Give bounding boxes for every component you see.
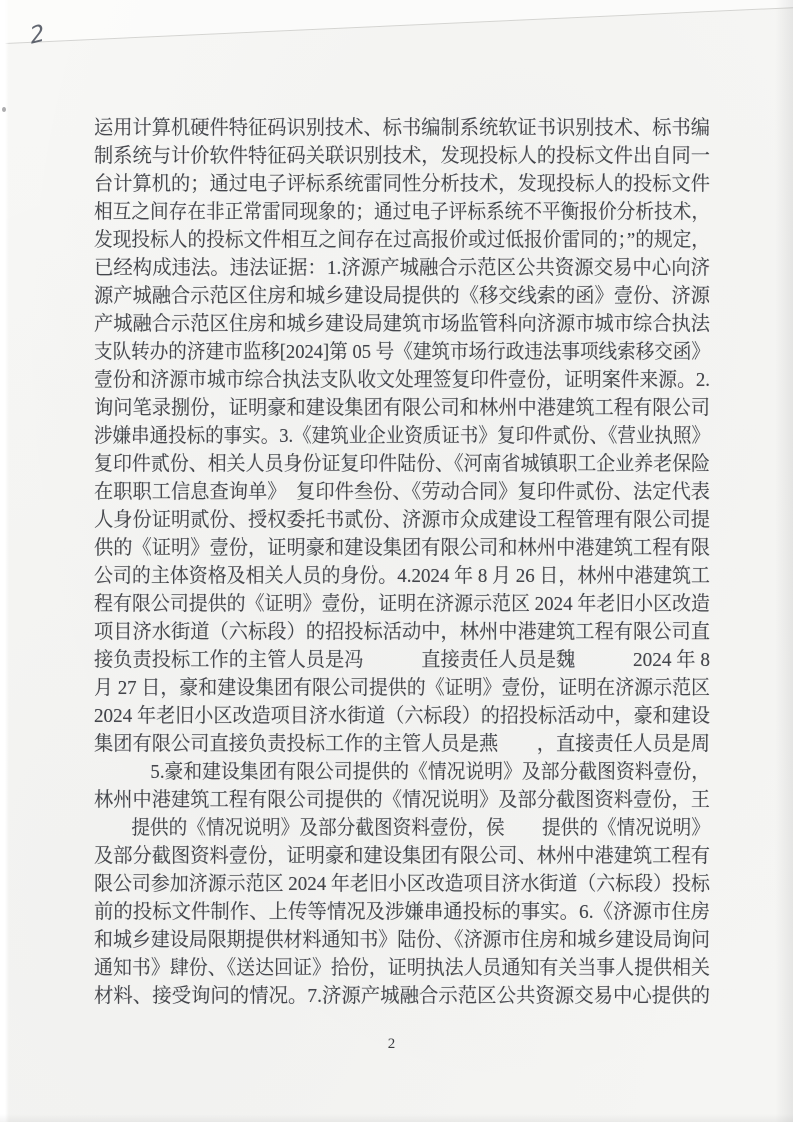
text-line: 制系统与计价软件特征码关联识别技术，发现投标人的投标文件出自同一: [94, 142, 710, 170]
page-number: 2: [0, 1036, 783, 1053]
text-line-content: 月 27 日，豪和建设集团有限公司提供的《证明》壹份，证明在济源示范区: [94, 674, 710, 702]
text-line-content: 台计算机的；通过电子评标系统雷同性分析技术，发现投标人的投标文件: [94, 170, 710, 198]
text-line: 项目济水街道（六标段）的招投标活动中，林州中港建筑工程有限公司直: [94, 618, 710, 646]
text-line-content: 源产城融合示范区住房和城乡建设局提供的《移交线索的函》壹份、济源: [94, 282, 710, 310]
text-line: 材料、接受询问的情况。7.济源产城融合示范区公共资源交易中心提供的: [94, 982, 710, 1010]
scan-bottom-shadow: [0, 1114, 793, 1122]
text-line-content: 壹份和济源市城市综合执法支队收文处理签复印件壹份，证明案件来源。2.: [94, 366, 710, 394]
text-line-content: 人身份证明贰份、授权委托书贰份、济源市众成建设工程管理有限公司提: [94, 506, 710, 534]
text-line: 2024 年老旧小区改造项目济水街道（六标段）的招投标活动中，豪和建设: [94, 702, 710, 730]
text-line: 林州中港建筑工程有限公司提供的《情况说明》及部分截图资料壹份，王: [94, 786, 710, 814]
text-line: 运用计算机硬件特征码识别技术、标书编制系统软证书识别技术、标书编: [94, 114, 710, 142]
scan-speck: [2, 107, 6, 112]
text-line: 复印件贰份、相关人员身份证复印件陆份、《河南省城镇职工企业养老保险: [94, 450, 710, 478]
text-line-content: 复印件贰份、相关人员身份证复印件陆份、《河南省城镇职工企业养老保险: [94, 450, 710, 478]
text-line-content: 支队转办的济建市监移[2024]第 05 号《建筑市场行政违法事项线索移交函》: [94, 338, 710, 366]
text-line: 限公司参加济源示范区 2024 年老旧小区改造项目济水街道（六标段）投标: [94, 870, 710, 898]
text-line-content: 相互之间存在非正常雷同现象的；通过电子评标系统不平衡报价分析技术，: [94, 198, 710, 226]
text-line-content: 限公司参加济源示范区 2024 年老旧小区改造项目济水街道（六标段）投标: [94, 870, 710, 898]
text-line: 相互之间存在非正常雷同现象的；通过电子评标系统不平衡报价分析技术，: [94, 198, 710, 226]
text-line-content: 制系统与计价软件特征码关联识别技术，发现投标人的投标文件出自同一: [94, 142, 710, 170]
text-line-content: 和城乡建设局限期提供材料通知书》陆份、《济源市住房和城乡建设局询问: [94, 926, 710, 954]
text-line: 发现投标人的投标文件相互之间存在过高报价或过低报价雷同的；”的规定，: [94, 226, 710, 254]
text-line: 提供的《情况说明》及部分截图资料壹份，侯 提供的《情况说明》: [94, 814, 710, 842]
text-line-content: 产城融合示范区住房和城乡建设局建筑市场监管科向济源市城市综合执法: [94, 310, 710, 338]
text-line-content: 项目济水街道（六标段）的招投标活动中，林州中港建筑工程有限公司直: [94, 618, 710, 646]
text-line-content: 程有限公司提供的《证明》壹份，证明在济源示范区 2024 年老旧小区改造: [94, 590, 710, 618]
text-line-content: 林州中港建筑工程有限公司提供的《情况说明》及部分截图资料壹份，王: [94, 786, 710, 814]
text-line: 接负责投标工作的主管人员是冯 直接责任人员是魏 2024 年 8: [94, 646, 710, 674]
text-line: 涉嫌串通投标的事实。3.《建筑业企业资质证书》复印件贰份、《营业执照》: [94, 422, 710, 450]
text-line-content: 已经构成违法。违法证据：1.济源产城融合示范区公共资源交易中心向济: [94, 254, 710, 282]
text-line-content: 5.豪和建设集团有限公司提供的《情况说明》及部分截图资料壹份，: [94, 758, 710, 786]
text-line: 壹份和济源市城市综合执法支队收文处理签复印件壹份，证明案件来源。2.: [94, 366, 710, 394]
document-body-text: 运用计算机硬件特征码识别技术、标书编制系统软证书识别技术、标书编制系统与计价软件…: [94, 114, 710, 1010]
text-line: 源产城融合示范区住房和城乡建设局提供的《移交线索的函》壹份、济源: [94, 282, 710, 310]
text-line-content: 发现投标人的投标文件相互之间存在过高报价或过低报价雷同的；”的规定，: [94, 226, 710, 254]
text-line: 产城融合示范区住房和城乡建设局建筑市场监管科向济源市城市综合执法: [94, 310, 710, 338]
text-line: 询问笔录捌份，证明豪和建设集团有限公司和林州中港建筑工程有限公司: [94, 394, 710, 422]
text-line-content: 提供的《情况说明》及部分截图资料壹份，侯 提供的《情况说明》: [94, 814, 710, 842]
scanner-edge-artifact: [0, 0, 793, 45]
text-line: 已经构成违法。违法证据：1.济源产城融合示范区公共资源交易中心向济: [94, 254, 710, 282]
text-line-content: 前的投标文件制作、上传等情况及涉嫌串通投标的事实。6.《济源市住房: [94, 898, 710, 926]
scanned-document-page: 2 运用计算机硬件特征码识别技术、标书编制系统软证书识别技术、标书编制系统与计价…: [0, 0, 793, 1122]
text-line: 公司的主体资格及相关人员的身份。4.2024 年 8 月 26 日，林州中港建筑…: [94, 562, 710, 590]
text-line-content: 涉嫌串通投标的事实。3.《建筑业企业资质证书》复印件贰份、《营业执照》: [94, 422, 710, 450]
text-line: 在职职工信息查询单》 复印件叁份、《劳动合同》复印件贰份、法定代表: [94, 478, 710, 506]
text-line-content: 集团有限公司直接负责投标工作的主管人员是燕 ，直接责任人员是周: [94, 730, 710, 758]
text-line: 台计算机的；通过电子评标系统雷同性分析技术，发现投标人的投标文件: [94, 170, 710, 198]
text-line-content: 运用计算机硬件特征码识别技术、标书编制系统软证书识别技术、标书编: [94, 114, 710, 142]
text-line: 及部分截图资料壹份，证明豪和建设集团有限公司、林州中港建筑工程有: [94, 842, 710, 870]
text-line-content: 及部分截图资料壹份，证明豪和建设集团有限公司、林州中港建筑工程有: [94, 842, 710, 870]
text-line-content: 供的《证明》壹份，证明豪和建设集团有限公司和林州中港建筑工程有限: [94, 534, 710, 562]
scan-right-shadow: [775, 0, 793, 1122]
text-line-content: 询问笔录捌份，证明豪和建设集团有限公司和林州中港建筑工程有限公司: [94, 394, 710, 422]
text-line: 和城乡建设局限期提供材料通知书》陆份、《济源市住房和城乡建设局询问: [94, 926, 710, 954]
text-line: 供的《证明》壹份，证明豪和建设集团有限公司和林州中港建筑工程有限: [94, 534, 710, 562]
scan-left-edge: [0, 0, 9, 1122]
text-line-content: 通知书》肆份、《送达回证》拾份，证明执法人员通知有关当事人提供相关: [94, 954, 710, 982]
text-line: 5.豪和建设集团有限公司提供的《情况说明》及部分截图资料壹份，: [94, 758, 710, 786]
text-line: 程有限公司提供的《证明》壹份，证明在济源示范区 2024 年老旧小区改造: [94, 590, 710, 618]
text-line: 通知书》肆份、《送达回证》拾份，证明执法人员通知有关当事人提供相关: [94, 954, 710, 982]
text-line: 人身份证明贰份、授权委托书贰份、济源市众成建设工程管理有限公司提: [94, 506, 710, 534]
text-line-content: 接负责投标工作的主管人员是冯 直接责任人员是魏 2024 年 8: [94, 646, 710, 674]
text-line-content: 材料、接受询问的情况。7.济源产城融合示范区公共资源交易中心提供的: [94, 982, 710, 1010]
text-line: 集团有限公司直接负责投标工作的主管人员是燕 ，直接责任人员是周: [94, 730, 710, 758]
text-line-content: 在职职工信息查询单》 复印件叁份、《劳动合同》复印件贰份、法定代表: [94, 478, 710, 506]
text-line: 月 27 日，豪和建设集团有限公司提供的《证明》壹份，证明在济源示范区: [94, 674, 710, 702]
text-line-content: 公司的主体资格及相关人员的身份。4.2024 年 8 月 26 日，林州中港建筑…: [94, 562, 710, 590]
text-line: 支队转办的济建市监移[2024]第 05 号《建筑市场行政违法事项线索移交函》: [94, 338, 710, 366]
text-line: 前的投标文件制作、上传等情况及涉嫌串通投标的事实。6.《济源市住房: [94, 898, 710, 926]
text-line-content: 2024 年老旧小区改造项目济水街道（六标段）的招投标活动中，豪和建设: [94, 702, 710, 730]
